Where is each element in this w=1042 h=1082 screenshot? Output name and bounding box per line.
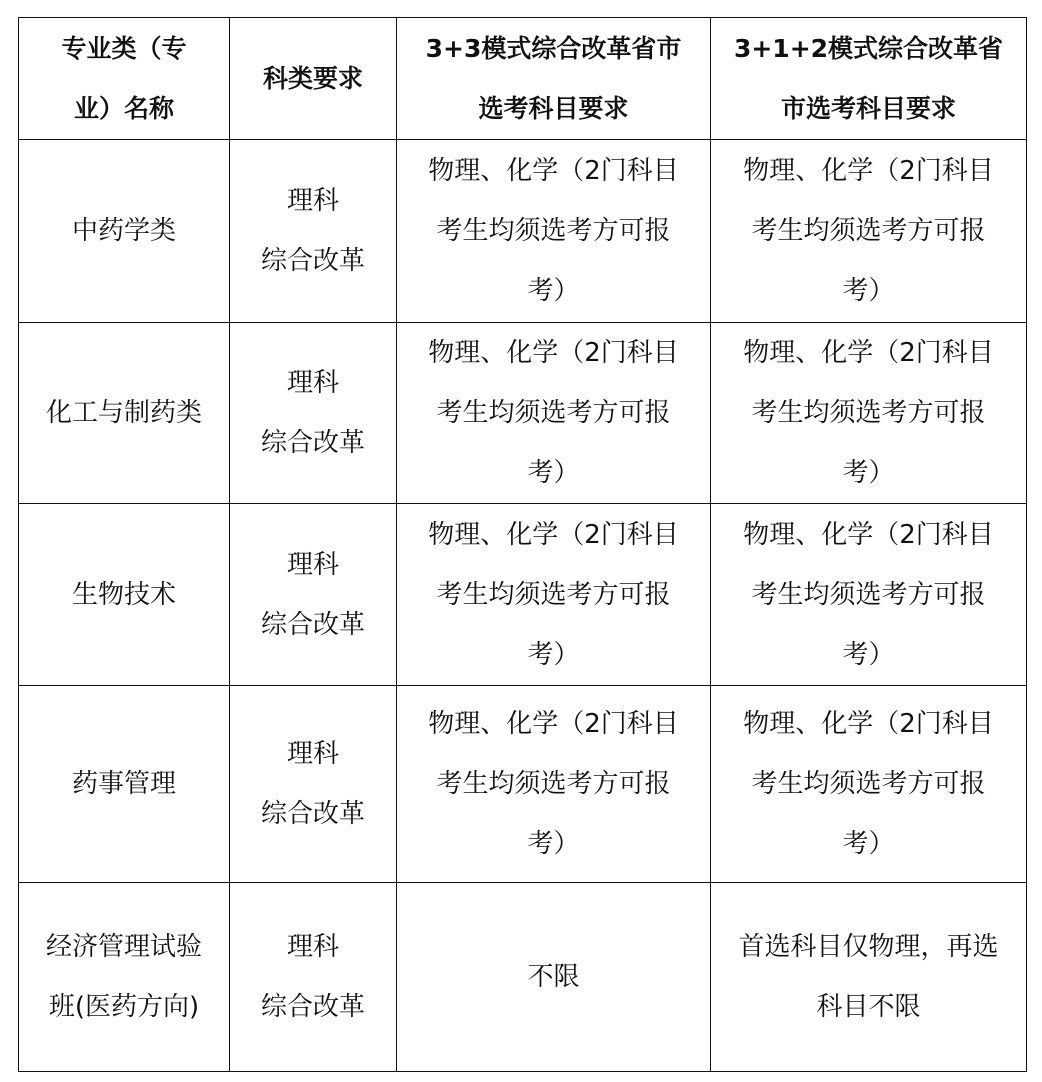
header-category-requirement: 科类要求 [230, 18, 397, 140]
table-row: 化工与制药类 理科 综合改革 物理、化学（2门科目 考生均须选考方可报 考） 物… [19, 323, 1027, 504]
table-row: 经济管理试验 班(医药方向) 理科 综合改革 不限 首选科目仅物理，再选 科目不… [19, 883, 1027, 1072]
table-row: 药事管理 理科 综合改革 物理、化学（2门科目 考生均须选考方可报 考） 物理、… [19, 686, 1027, 883]
header-major-name: 专业类（专 业）名称 [19, 18, 230, 140]
header-3-3-requirement: 3+3模式综合改革省市 选考科目要求 [397, 18, 711, 140]
cell-req-3-3: 不限 [397, 883, 711, 1072]
cell-req-3-1-2: 首选科目仅物理，再选 科目不限 [711, 883, 1027, 1072]
header-3-1-2-requirement: 3+1+2模式综合改革省 市选考科目要求 [711, 18, 1027, 140]
cell-req-3-3: 物理、化学（2门科目 考生均须选考方可报 考） [397, 140, 711, 323]
cell-category: 理科 综合改革 [230, 504, 397, 686]
cell-major: 经济管理试验 班(医药方向) [19, 883, 230, 1072]
table-row: 中药学类 理科 综合改革 物理、化学（2门科目 考生均须选考方可报 考） 物理、… [19, 140, 1027, 323]
cell-req-3-3: 物理、化学（2门科目 考生均须选考方可报 考） [397, 504, 711, 686]
table-row: 生物技术 理科 综合改革 物理、化学（2门科目 考生均须选考方可报 考） 物理、… [19, 504, 1027, 686]
cell-major: 化工与制药类 [19, 323, 230, 504]
cell-major: 中药学类 [19, 140, 230, 323]
table-header-row: 专业类（专 业）名称 科类要求 3+3模式综合改革省市 选考科目要求 3+1+2… [19, 18, 1027, 140]
cell-req-3-1-2: 物理、化学（2门科目 考生均须选考方可报 考） [711, 140, 1027, 323]
cell-major: 生物技术 [19, 504, 230, 686]
cell-req-3-1-2: 物理、化学（2门科目 考生均须选考方可报 考） [711, 686, 1027, 883]
cell-req-3-3: 物理、化学（2门科目 考生均须选考方可报 考） [397, 323, 711, 504]
cell-req-3-3: 物理、化学（2门科目 考生均须选考方可报 考） [397, 686, 711, 883]
cell-major: 药事管理 [19, 686, 230, 883]
cell-category: 理科 综合改革 [230, 323, 397, 504]
cell-category: 理科 综合改革 [230, 883, 397, 1072]
cell-category: 理科 综合改革 [230, 686, 397, 883]
cell-category: 理科 综合改革 [230, 140, 397, 323]
cell-req-3-1-2: 物理、化学（2门科目 考生均须选考方可报 考） [711, 504, 1027, 686]
cell-req-3-1-2: 物理、化学（2门科目 考生均须选考方可报 考） [711, 323, 1027, 504]
subject-requirements-table: 专业类（专 业）名称 科类要求 3+3模式综合改革省市 选考科目要求 3+1+2… [18, 17, 1027, 1072]
